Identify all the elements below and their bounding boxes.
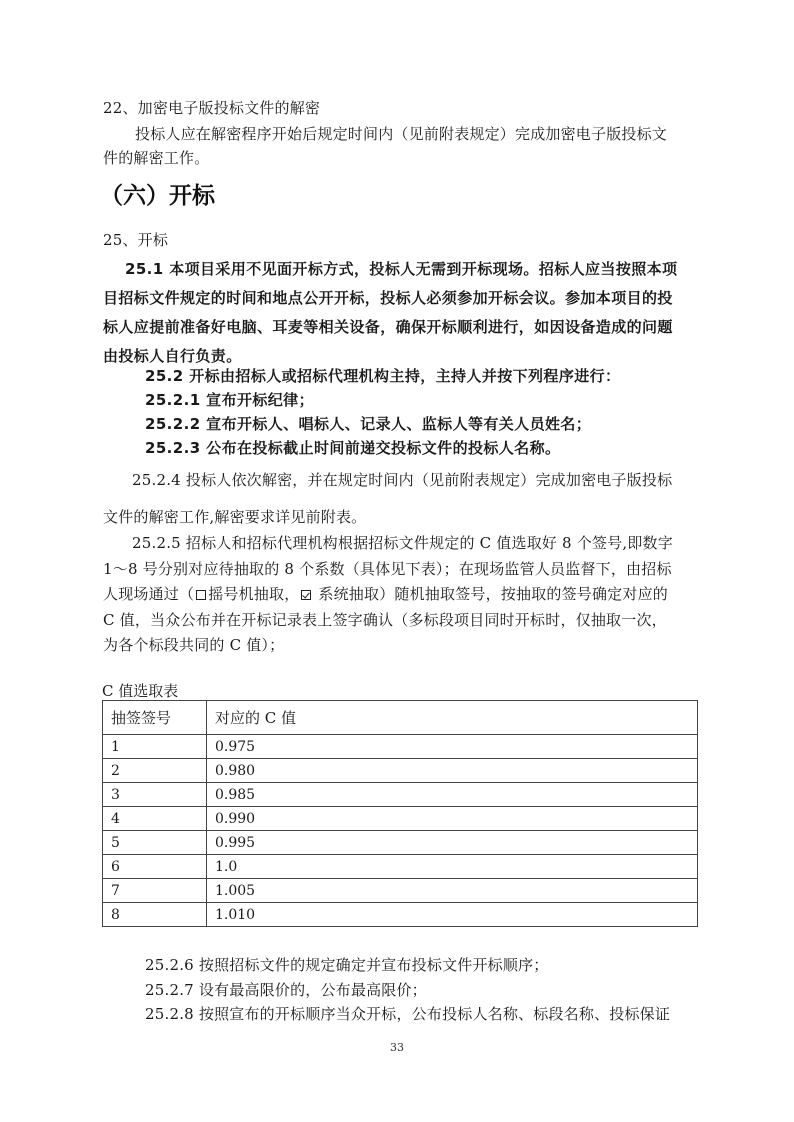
c-value-cell: 0.980 <box>207 759 698 783</box>
para-25-2-5-line2: 1～8 号分别对应待抽取的 8 个系数（具体见下表）；在现场监管人员监督下，由招… <box>103 559 703 579</box>
para-25-2-7: 25.2.7 设有最高限价的，公布最高限价； <box>145 980 745 1000</box>
table-row: 6 1.0 <box>103 855 698 879</box>
section-22-body-line1: 投标人应在解密程序开始后规定时间内（见前附表规定）完成加密电子版投标文 <box>135 124 735 144</box>
draw-number-cell: 3 <box>103 783 207 807</box>
system-draw-label: 系统抽取 <box>313 585 379 603</box>
line3-suffix: ）随机抽取签号，按抽取的签号确定对应的 <box>379 585 668 603</box>
header-draw-number: 抽签签号 <box>103 701 207 735</box>
c-value-cell: 1.010 <box>207 903 698 927</box>
para-25-2-5-line3: 人现场通过（摇号机抽取， 系统抽取）随机抽取签号，按抽取的签号确定对应的 <box>103 584 703 604</box>
draw-number-cell: 7 <box>103 879 207 903</box>
table-header-row: 抽签签号 对应的 C 值 <box>103 701 698 735</box>
c-value-cell: 1.005 <box>207 879 698 903</box>
para-25-2-4-line2: 文件的解密工作,解密要求详见前附表。 <box>103 507 703 527</box>
para-25-1-line2: 目招标文件规定的时间和地点公开开标，投标人必须参加开标会议。参加本项目的投 <box>103 288 703 308</box>
c-value-table: 抽签签号 对应的 C 值 1 0.975 2 0.980 3 0.985 4 0… <box>102 700 698 927</box>
header-c-value: 对应的 C 值 <box>207 701 698 735</box>
section-22-title: 22、加密电子版投标文件的解密 <box>103 98 703 118</box>
system-draw-checkbox-checked-icon <box>301 590 311 600</box>
para-25-2-8: 25.2.8 按照宣布的开标顺序当众开标，公布投标人名称、标段名称、投标保证 <box>145 1004 745 1024</box>
c-value-cell: 0.995 <box>207 831 698 855</box>
chapter-heading: （六）开标 <box>100 181 215 211</box>
c-value-cell: 1.0 <box>207 855 698 879</box>
line3-prefix: 人现场通过（ <box>103 585 194 603</box>
machine-draw-label: 摇号机抽取， <box>208 585 299 603</box>
section-22-body-line2: 件的解密工作。 <box>103 148 703 168</box>
c-value-cell: 0.990 <box>207 807 698 831</box>
para-25-1-line1: 25.1 本项目采用不见面开标方式，投标人无需到开标现场。招标人应当按照本项 <box>125 259 725 279</box>
table-row: 1 0.975 <box>103 735 698 759</box>
machine-draw-checkbox-icon <box>196 590 206 600</box>
draw-number-cell: 4 <box>103 807 207 831</box>
para-25-2-4-line1: 25.2.4 投标人依次解密，并在规定时间内（见前附表规定）完成加密电子版投标 <box>132 470 732 490</box>
para-25-2-5-line5: 为各个标段共同的 C 值）； <box>103 635 703 655</box>
table-row: 4 0.990 <box>103 807 698 831</box>
c-value-cell: 0.985 <box>207 783 698 807</box>
table-row: 7 1.005 <box>103 879 698 903</box>
table-row: 5 0.995 <box>103 831 698 855</box>
para-25-2-5-line1: 25.2.5 招标人和招标代理机构根据招标文件规定的 C 值选取好 8 个签号,… <box>132 533 732 553</box>
table-row: 8 1.010 <box>103 903 698 927</box>
para-25-2-2: 25.2.2 宣布开标人、唱标人、记录人、监标人等有关人员姓名； <box>145 414 745 434</box>
document-page: 22、加密电子版投标文件的解密 投标人应在解密程序开始后规定时间内（见前附表规定… <box>0 0 794 1122</box>
table-row: 3 0.985 <box>103 783 698 807</box>
page-number: 33 <box>0 1041 794 1054</box>
table-row: 2 0.980 <box>103 759 698 783</box>
para-25-2: 25.2 开标由招标人或招标代理机构主持，主持人并按下列程序进行： <box>145 366 745 386</box>
section-25-title: 25、开标 <box>103 230 703 250</box>
c-value-cell: 0.975 <box>207 735 698 759</box>
draw-number-cell: 5 <box>103 831 207 855</box>
c-table-caption: C 值选取表 <box>102 681 178 701</box>
draw-number-cell: 2 <box>103 759 207 783</box>
para-25-2-5-line4: C 值，当众公布并在开标记录表上签字确认（多标段项目同时开标时，仅抽取一次， <box>103 610 703 630</box>
draw-number-cell: 6 <box>103 855 207 879</box>
para-25-2-3: 25.2.3 公布在投标截止时间前递交投标文件的投标人名称。 <box>145 438 745 458</box>
draw-number-cell: 8 <box>103 903 207 927</box>
draw-number-cell: 1 <box>103 735 207 759</box>
para-25-2-6: 25.2.6 按照招标文件的规定确定并宣布投标文件开标顺序； <box>145 955 745 975</box>
para-25-1-line3: 标人应提前准备好电脑、耳麦等相关设备，确保开标顺利进行，如因设备造成的问题 <box>103 317 703 337</box>
para-25-1-line4: 由投标人自行负责。 <box>103 346 703 366</box>
para-25-2-1: 25.2.1 宣布开标纪律； <box>145 390 745 410</box>
